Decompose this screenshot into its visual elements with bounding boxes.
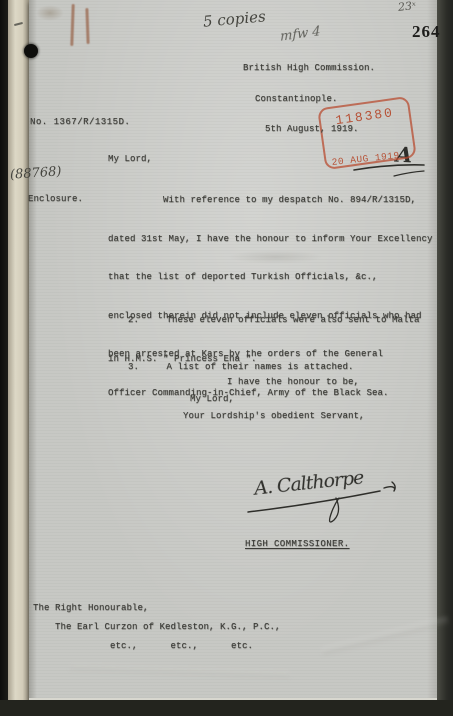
addressee-line-3: etc., etc., etc.	[110, 641, 253, 651]
closing-line-2: My Lord,	[190, 394, 234, 404]
body-line: 3. A list of their names is attached.	[108, 358, 354, 377]
closing-line-3: Your Lordship's obedient Servant,	[183, 411, 365, 421]
closing-line-1: I have the honour to be,	[227, 377, 359, 387]
signature: A. Calthorpe	[240, 466, 405, 524]
letterhead-city: Constantinople.	[243, 94, 375, 105]
signature-flourish	[240, 466, 405, 524]
body-line: dated 31st May, I have the honour to inf…	[108, 230, 433, 249]
scan-bottom-edge	[0, 700, 453, 716]
handwritten-corner-note: 23ˣ	[397, 0, 416, 14]
volume-binding-edge	[8, 0, 29, 702]
reference-number: No. 1367/R/1315D.	[30, 117, 130, 127]
scanned-letter-page: 5 copies mfw 4 23ˣ 264 (88768) A 118380 …	[0, 0, 453, 716]
addressee-line-2: The Earl Curzon of Kedleston, K.G., P.C.…	[55, 622, 281, 632]
letterhead-office: British High Commission.	[243, 63, 375, 74]
letterhead-date: 5th August, 1919.	[243, 124, 375, 135]
body-line: With reference to my despatch No. 894/R/…	[108, 191, 433, 210]
addressee-line-1: The Right Honourable,	[33, 603, 149, 613]
body-line: that the list of deported Turkish Offici…	[108, 268, 433, 287]
signature-title: HIGH COMMISSIONER.	[245, 539, 349, 549]
enclosure-label: Enclosure.	[28, 194, 83, 204]
letterhead: British High Commission. Constantinople.…	[243, 43, 375, 155]
folio-number: 264	[412, 22, 441, 42]
scan-right-edge	[437, 0, 453, 716]
body-paragraph-3: 3. A list of their names is attached.	[108, 338, 354, 397]
salutation: My Lord,	[108, 154, 152, 164]
punch-hole	[24, 44, 38, 58]
smudge	[36, 5, 64, 21]
scan-left-edge	[0, 0, 8, 716]
body-line: 2. These eleven officials were also sent…	[108, 311, 420, 330]
